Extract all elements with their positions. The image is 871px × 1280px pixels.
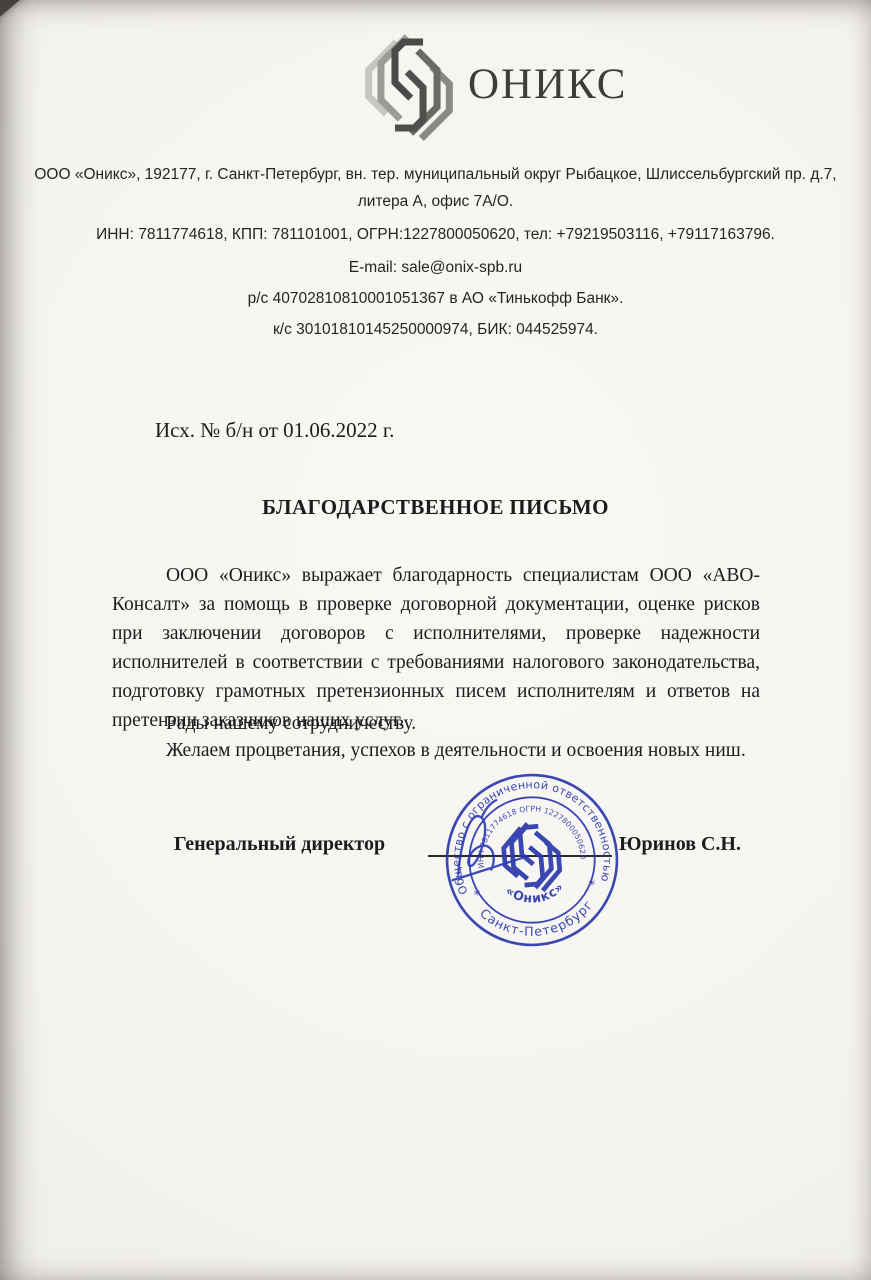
onix-logo-icon	[356, 28, 462, 142]
company-stamp: Общество с ограниченной ответственностью…	[433, 761, 630, 958]
bank-corr-line: к/с 30101810145250000974, БИК: 044525974…	[0, 321, 871, 339]
registration-line: ИНН: 7811774618, КПП: 781101001, ОГРН:12…	[0, 226, 871, 244]
closing-block: Рады нашему сотрудничеству. Желаем процв…	[112, 710, 746, 764]
body-paragraph: ООО «Оникс» выражает благодарность специ…	[112, 561, 760, 735]
address-line-2: литера А, офис 7А/О.	[0, 193, 871, 211]
bank-account-line: р/с 40702810810001051367 в АО «Тинькофф …	[0, 290, 871, 308]
scan-corner-artifact	[0, 0, 26, 22]
stamp-star-right-icon: *	[588, 878, 596, 894]
address-line-1: ООО «Оникс», 192177, г. Санкт-Петербург,…	[0, 166, 871, 184]
letter-page: ОНИКС ООО «Оникс», 192177, г. Санкт-Пете…	[0, 0, 871, 1280]
letter-title: БЛАГОДАРСТВЕННОЕ ПИСЬМО	[0, 495, 871, 520]
closing-line-2: Желаем процветания, успехов в деятельнос…	[112, 737, 746, 764]
stamp-star-left-icon: *	[473, 888, 481, 904]
signatory-name: Юринов С.Н.	[619, 833, 741, 856]
company-name: ОНИКС	[468, 60, 627, 109]
email-line: E-mail: sale@onix-spb.ru	[0, 259, 871, 277]
reference-line: Исх. № б/н от 01.06.2022 г.	[155, 418, 394, 443]
signatory-position: Генеральный директор	[174, 833, 385, 856]
closing-line-1: Рады нашему сотрудничеству.	[112, 710, 746, 737]
